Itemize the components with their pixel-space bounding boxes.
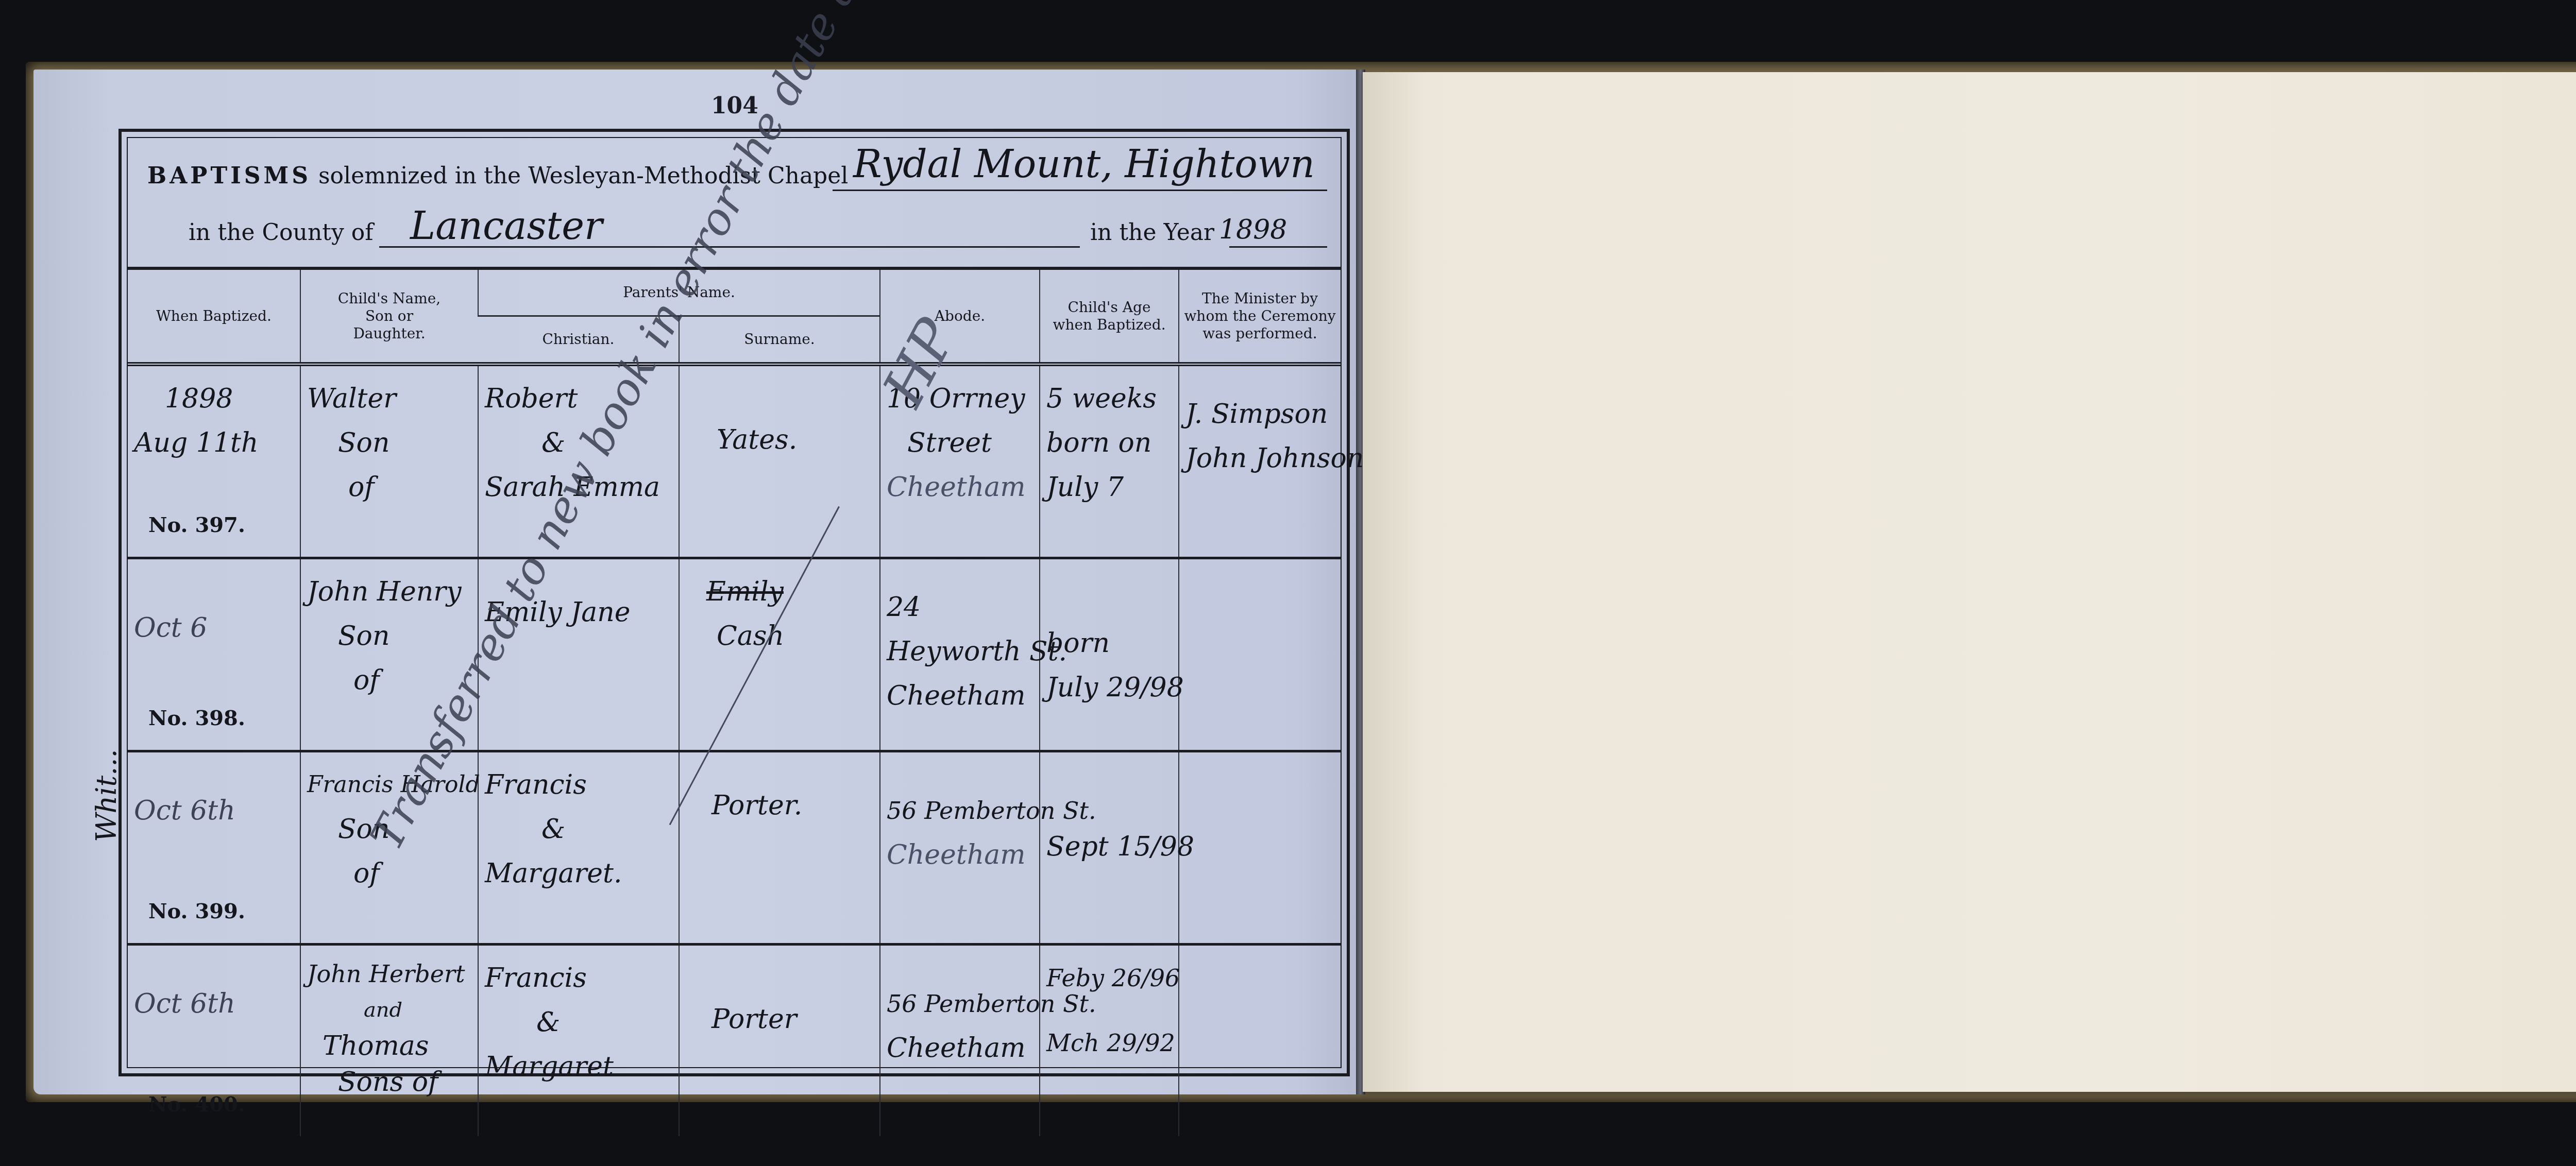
struck-surname: Emily: [686, 570, 873, 614]
chapel-name: Rydal Mount, Hightown: [853, 142, 1315, 186]
entry-christian: Francis & Margaret.: [478, 751, 679, 945]
col-childs-name: Child's Name, Son or Daughter.: [300, 268, 478, 364]
entry-number: No. 399.: [148, 889, 245, 934]
col-surname: Surname.: [679, 316, 880, 365]
left-margin-note: Whit...: [90, 749, 123, 842]
col-when-baptized: When Baptized.: [128, 268, 300, 364]
title-baptisms: BAPTISMS: [147, 163, 311, 189]
entry-surname: Yates.: [679, 364, 880, 558]
entry-number: No. 398.: [148, 696, 245, 741]
entry-abode: 56 Pemberton St. Cheetham: [880, 945, 1040, 1137]
entry-date: 1898 Aug 11th No. 397.: [128, 364, 300, 558]
entry-child: John Herbert and Thomas Sons of: [300, 945, 478, 1137]
entry-minister: [1179, 945, 1341, 1137]
county-name: Lancaster: [410, 204, 602, 248]
entry-surname: Emily Cash: [679, 558, 880, 751]
entry-age: 5 weeks born on July 7: [1040, 364, 1179, 558]
entry-minister: [1179, 751, 1341, 945]
entry-abode: 24 Heyworth St. Cheetham: [880, 558, 1040, 751]
entry-minister: J. Simpson John Johnson: [1179, 364, 1341, 558]
entry-number: No. 400.: [148, 1083, 245, 1127]
entry-christian: Francis & Margaret: [478, 945, 679, 1137]
entry-date: Oct 6 No. 398.: [128, 558, 300, 751]
entry-abode: 56 Pemberton St. Cheetham: [880, 751, 1040, 945]
register-entry-399: Oct 6th No. 399. Francis Harold Son of F…: [128, 751, 1341, 945]
year-value: 1898: [1219, 214, 1287, 245]
chapel-fill-line: [833, 190, 1327, 191]
register-entry-397: 1898 Aug 11th No. 397. Walter Son of Rob…: [128, 364, 1341, 558]
entry-date: Oct 6th No. 399.: [128, 751, 300, 945]
col-minister: The Minister by whom the Ceremony was pe…: [1179, 268, 1341, 364]
register-entry-398: Oct 6 No. 398. John Henry Son of Emily J…: [128, 558, 1341, 751]
col-childs-age: Child's Age when Baptized.: [1040, 268, 1179, 364]
entry-age: born July 29/98: [1040, 558, 1179, 751]
entry-age: Feby 26/96 Mch 29/92: [1040, 945, 1179, 1137]
register-entry-400: Oct 6th No. 400. John Herbert and Thomas…: [128, 945, 1341, 1137]
entry-surname: Porter.: [679, 751, 880, 945]
entry-age: Sept 15/98: [1040, 751, 1179, 945]
entry-minister: [1179, 558, 1341, 751]
entry-date: Oct 6th No. 400.: [128, 945, 300, 1137]
register-frame: BAPTISMS solemnized in the Wesleyan-Meth…: [118, 129, 1350, 1076]
year-label: in the Year: [1090, 219, 1214, 246]
entry-number: No. 397.: [148, 503, 245, 547]
county-label: in the County of: [189, 219, 374, 246]
entry-surname: Porter: [679, 945, 880, 1137]
year-fill-line: [1229, 246, 1327, 248]
entry-child: Walter Son of: [300, 364, 478, 558]
right-page-blank: [1363, 72, 2576, 1092]
